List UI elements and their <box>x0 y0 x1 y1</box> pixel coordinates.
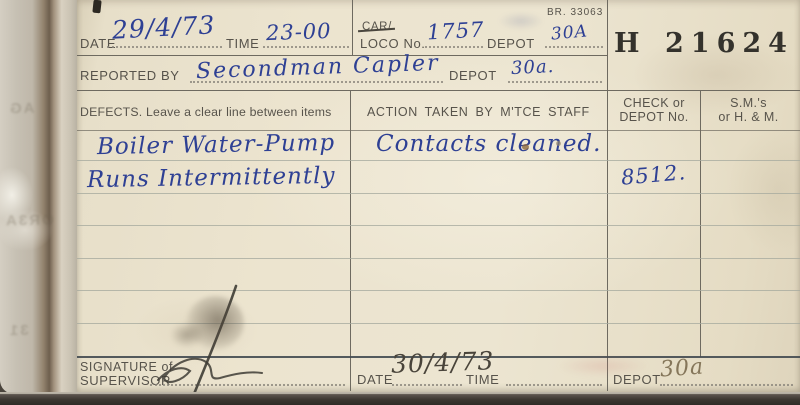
check-header-line1: CHECK or <box>608 96 700 110</box>
paper-fleck <box>522 144 529 150</box>
grid-vline-check-col <box>607 0 608 391</box>
defect-entry-line2-handwritten: Runs Intermittently <box>87 163 336 193</box>
footer-date-value-handwritten: 30/4/73 <box>391 346 495 379</box>
dotted-leader <box>508 81 602 83</box>
ink-bleed-through <box>558 356 648 376</box>
depot-label-row1: DEPOT <box>487 36 535 51</box>
dotted-leader <box>660 384 793 386</box>
depot-value-handwritten-row2: 30a. <box>510 56 554 79</box>
ruled-line <box>77 160 800 161</box>
pad-bottom-edge <box>0 392 800 405</box>
date-label: DATE <box>80 36 116 51</box>
sm-column-header: S.M.'s or H. & M. <box>701 96 796 124</box>
binding-mark <box>92 0 101 13</box>
loco-no-label: LOCO No. <box>360 36 425 51</box>
reported-by-label: REPORTED BY <box>80 68 180 83</box>
time-label: TIME <box>226 36 259 51</box>
paper-fleck <box>556 141 561 146</box>
serial-prefix: H <box>614 28 640 59</box>
grid-vline-defects-action <box>350 90 351 391</box>
dotted-leader <box>392 384 462 386</box>
ghost-print-through: 31 <box>8 322 29 339</box>
pad-left-edge: AG OR3A 31 <box>0 0 77 394</box>
ruled-line <box>77 193 800 194</box>
grid-hline-row2 <box>77 90 800 91</box>
scanned-defect-report-card: AG OR3A 31 DATE TIME CAR/ LOCO No. DEPOT… <box>0 0 800 405</box>
footer-date-label: DATE <box>357 372 393 387</box>
check-depot-column-header: CHECK or DEPOT No. <box>608 96 700 124</box>
ruled-line <box>77 225 800 226</box>
action-entry-handwritten: Contacts cleaned. <box>376 131 601 157</box>
loco-no-value-handwritten: 1757 <box>426 18 485 45</box>
form-ref-number: BR. 33063 <box>547 7 603 18</box>
ghost-print-through: OR3A <box>4 212 54 230</box>
depot-value-handwritten-row1: 30A <box>550 21 589 44</box>
depot-label-row2: DEPOT <box>449 68 497 83</box>
ink-bleed-through <box>498 12 544 30</box>
sm-header-line2: or H. & M. <box>701 110 796 124</box>
ghost-print-through: AG <box>8 100 35 117</box>
defect-entry-line1-handwritten: Boiler Water-Pump <box>97 130 336 160</box>
dotted-leader <box>107 46 222 48</box>
grid-vline-time-loco <box>352 0 353 56</box>
check-header-line2: DEPOT No. <box>608 110 700 124</box>
footer-depot-value-handwritten: 30a <box>659 354 705 382</box>
defects-column-header: DEFECTS. Leave a clear line between item… <box>80 105 332 119</box>
dotted-leader <box>545 46 603 48</box>
dotted-leader <box>425 46 483 48</box>
action-column-header: ACTION TAKEN BY M'TCE STAFF <box>367 105 590 119</box>
ruled-line <box>77 258 800 259</box>
date-value-handwritten: 29/4/73 <box>111 10 216 44</box>
time-value-handwritten: 23-00 <box>266 19 332 45</box>
serial-number: 21624 <box>665 28 794 59</box>
ink-smudge-stain <box>170 322 204 348</box>
dotted-leader <box>263 46 349 48</box>
dotted-leader <box>506 384 602 386</box>
sm-header-line1: S.M.'s <box>701 96 796 110</box>
